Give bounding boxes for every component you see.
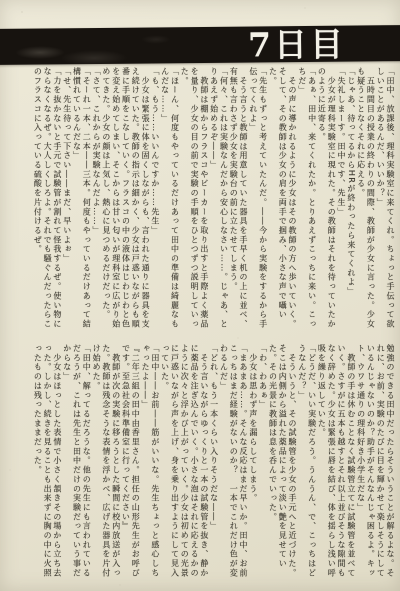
text-column-paragraph: 「も、もう……いいんですか……先生」 <box>150 67 160 334</box>
text-column-paragraph: 「田中、解ってるだろうな。他の先生にも言われているだろうが、これは先生と田中だけ… <box>62 344 91 586</box>
text-column-paragraph: 勉強のできる田中だったらそういうことが解るよな。それに、お前、実験のたびに目を輝… <box>356 344 395 586</box>
text-column-paragraph: 「失礼しまーす。田中です、先生」 <box>336 67 346 334</box>
text-column-paragraph: 「せ、先生待って下さい――まだ、早いよぉ」 <box>62 67 72 334</box>
text-column-paragraph: 「どれ、もう一本くらい入りそうだな――」 <box>209 344 219 586</box>
text-column-paragraph: その声に導かれるように少女はその教師の方へ歩いていく。そして、その教師は少女の肩… <box>268 67 297 334</box>
text-column-paragraph: 「田中、放課後、理科実験室に来てくれ。ちょっと手伝って欲しいことがあるんだ、いい… <box>375 67 395 334</box>
text-column-paragraph: 五時間目の授業の終わりの間際、教師が少女に言った。少女も疑うことなくそれに応える… <box>356 67 376 334</box>
text-column-paragraph: 教師の手は休むことなく試験管立てに試験管を並べていく。さすがに五本も越すとそれ以… <box>317 344 356 586</box>
text-column-paragraph: 「そーれ一本、二本――三本。何度もやっているだけあって結構慣れているんだな」 <box>72 67 92 334</box>
text-column-paragraph: 少女が理科実験室に現れた。その教師はそれを待っていたかのように近寄る。 <box>317 67 337 334</box>
text-column-paragraph: 少女はほっとした表情で小さく頷きその場から立ち去った。しかし、続きを見ることも出… <box>33 344 62 586</box>
text-column-paragraph: 「じゃあ、待ってるからHRが終わったら来てくれよ」 <box>346 67 356 334</box>
text-column-paragraph: 少女は思わず声を漏らしてしまう。 <box>248 344 258 586</box>
text-band-top: 「田中、放課後、理科実験室に来てくれ。ちょっと手伝って欲しいことがあるんだ、いい… <box>8 67 395 334</box>
text-column-paragraph: 「ほーん、何度もやっているだけあって田中の準備は綺麗なもんだな……」 <box>160 67 180 334</box>
text-column-paragraph: 「まあまあ……。そんな反応はまだ早いか。田中、お前こっちはまだ経験がないのか？ … <box>219 344 248 586</box>
text-column-paragraph: 少女は緊張に体を固くしながらも、言われた通りに器具を支え続けていた。教師の指示は… <box>101 67 150 334</box>
text-column-paragraph: 「田中――お前――筋がいいな。先生ちょっと感心しちゃったよ――」 <box>140 344 160 586</box>
text-column-paragraph: 「力を抜かないと手元で試験管が割れて怪我するぜ。使い物にならなくなるぜ。大人しく… <box>33 67 62 334</box>
scanned-doujinshi-page: 7日目 「田中、放課後、理科実験室に来てくれ。ちょっと手伝って欲しいことがあるん… <box>0 0 400 591</box>
text-column-paragraph: 教師が次の実験に移ろうとした瞬間に校内放送が入った。教師は残念そうな表情を浮かべ… <box>91 344 120 586</box>
text-column-paragraph: 「何々、これは実験なんだから安心しなさい……。じゃあ、とりあえず始めるぞ――」 <box>209 67 229 334</box>
text-column-paragraph: そう言うと教師は用意していた器具を手早く机の上に並べ、有無も言わさず少女を実験台… <box>228 67 248 334</box>
text-band-bottom: 勉強のできる田中だったらそういうことが解るよな。それに、お前、実験のたびに目を輝… <box>8 344 395 586</box>
text-column-paragraph: 「あぁ、田中、来てくれたか。とりあえずこっちに来い。こっちだ」 <box>297 67 317 334</box>
text-column-paragraph: そういうと、その試験管を少女の手元へと近づけた。そこは内側から溢れた薬品によって… <box>268 344 297 586</box>
chapter-title: 7日目 <box>248 26 346 63</box>
text-column-paragraph: 『二年三組の田中由香里さん。担任の山形先生がお呼びです。至急社会科準備室に行って… <box>121 344 141 586</box>
text-column-paragraph: 教師は棚からフラスコやビーカーを取り出すと手際よく薬品を量り、少女の目の前で実験… <box>179 67 208 334</box>
chapter-banner: 7日目 <box>0 25 400 65</box>
text-column-paragraph: 「さて、これからが実験なんだよ……」 <box>91 67 101 334</box>
text-column-paragraph: 「どうだ、いい実験だろう。うんうん、で、こっちはどうなんだ？」 <box>297 344 317 586</box>
text-column-paragraph: そう言いながらゆっくりと一本の試験管を抜き、静かに薬品を注ぎ込んでいく。小さな泡… <box>160 344 209 586</box>
text-column-paragraph: 「先生もずっと考えていたんだ。――今から実験をするから手伝ってくれよ」 <box>248 67 268 334</box>
text-column-paragraph: 「わ、わあぁ」 <box>258 344 268 586</box>
